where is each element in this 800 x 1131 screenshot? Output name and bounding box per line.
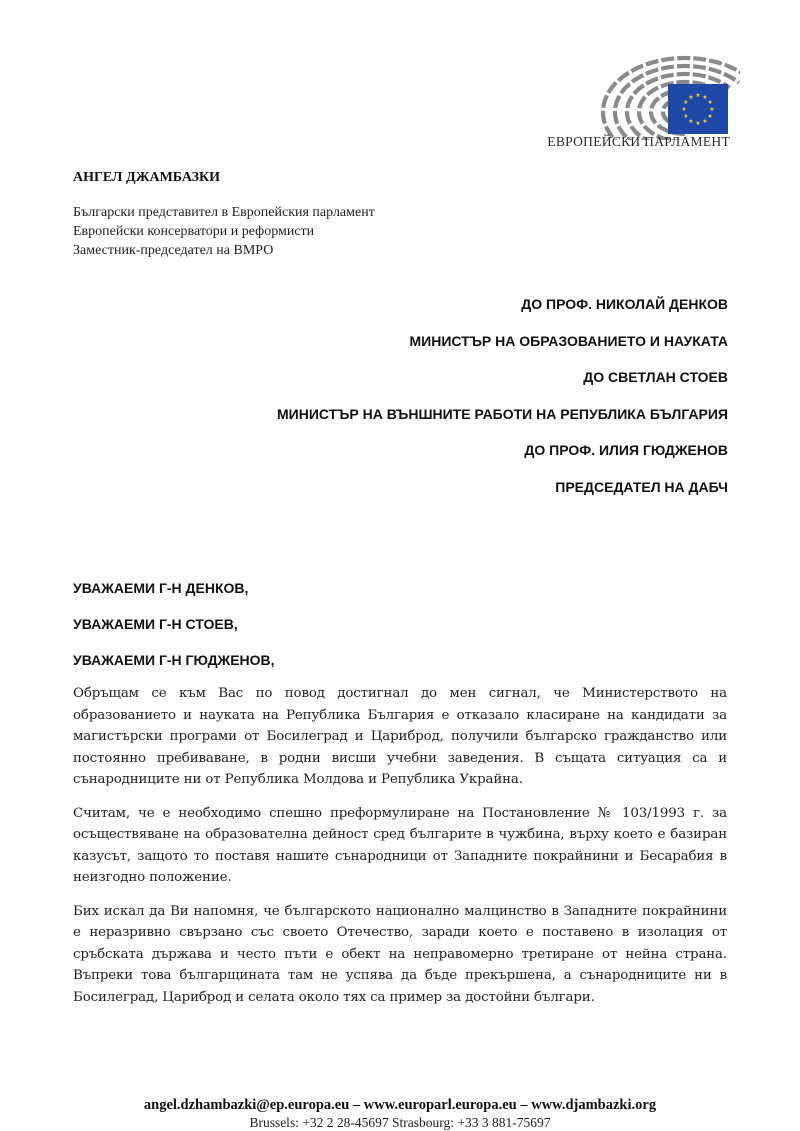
svg-text:★: ★ — [707, 113, 712, 120]
footer-personal-website-link[interactable]: www.djambazki.org — [531, 1097, 656, 1113]
recipient-2-title: МИНИСТЪР НА ВЪНШНИТЕ РАБОТИ НА РЕПУБЛИКА… — [277, 404, 728, 441]
sender-title: Български представител в Европейския пар… — [73, 203, 375, 222]
sender-name: АНГЕЛ ДЖАМБАЗКИ — [73, 170, 220, 186]
footer-phones: Brussels: +32 2 28-45697 Strasbourg: +33… — [0, 1114, 800, 1131]
letter-body: Обръщам се към Вас по повод достигнал до… — [73, 683, 727, 1020]
salutation-1: УВАЖАЕМИ Г-Н ДЕНКОВ, — [73, 578, 275, 614]
recipient-1-name: ДО ПРОФ. НИКОЛАЙ ДЕНКОВ — [277, 294, 728, 331]
salutations-block: УВАЖАЕМИ Г-Н ДЕНКОВ, УВАЖАЕМИ Г-Н СТОЕВ,… — [73, 578, 275, 686]
recipient-2-name: ДО СВЕТЛАН СТОЕВ — [277, 367, 728, 404]
footer-ep-website-link[interactable]: www.europarl.europa.eu — [364, 1097, 517, 1113]
svg-text:★: ★ — [695, 120, 700, 127]
body-paragraph: Считам, че е необходимо спешно преформул… — [73, 803, 727, 889]
salutation-3: УВАЖАЕМИ Г-Н ГЮДЖЕНОВ, — [73, 650, 275, 686]
eu-flag-icon: ★★★★★★★★★★★★ — [668, 84, 728, 134]
body-paragraph: Бих искал да Ви напомня, че българското … — [73, 901, 727, 1009]
svg-text:★: ★ — [688, 118, 693, 125]
sender-details: Български представител в Европейския пар… — [73, 203, 375, 260]
recipient-1-title: МИНИСТЪР НА ОБРАЗОВАНИЕТО И НАУКАТА — [277, 331, 728, 368]
footer-separator: – — [349, 1097, 364, 1113]
letter-page: ★★★★★★★★★★★★ ЕВРОПЕЙСКИ ПАРЛАМЕНТ АНГЕЛ … — [0, 0, 800, 1131]
recipient-3-title: ПРЕДСЕДАТЕЛ НА ДАБЧ — [277, 477, 728, 514]
footer: angel.dzhambazki@ep.europa.eu – www.euro… — [0, 1096, 800, 1131]
sender-role: Заместник-председател на ВМРО — [73, 241, 375, 260]
svg-text:★: ★ — [695, 92, 700, 99]
svg-text:★: ★ — [688, 94, 693, 101]
salutation-2: УВАЖАЕМИ Г-Н СТОЕВ, — [73, 614, 275, 650]
svg-text:★: ★ — [683, 113, 688, 120]
recipients-block: ДО ПРОФ. НИКОЛАЙ ДЕНКОВ МИНИСТЪР НА ОБРА… — [277, 294, 728, 514]
footer-contacts: angel.dzhambazki@ep.europa.eu – www.euro… — [0, 1096, 800, 1114]
svg-text:★: ★ — [709, 106, 714, 113]
footer-email-link[interactable]: angel.dzhambazki@ep.europa.eu — [144, 1097, 349, 1113]
svg-text:★: ★ — [681, 106, 686, 113]
sender-group: Европейски консерватори и реформисти — [73, 222, 375, 241]
recipient-3-name: ДО ПРОФ. ИЛИЯ ГЮДЖЕНОВ — [277, 440, 728, 477]
body-paragraph: Обръщам се към Вас по повод достигнал до… — [73, 683, 727, 791]
svg-text:★: ★ — [707, 99, 712, 106]
logo-caption: ЕВРОПЕЙСКИ ПАРЛАМЕНТ — [544, 134, 730, 150]
svg-text:★: ★ — [702, 118, 707, 125]
footer-separator: – — [517, 1097, 532, 1113]
